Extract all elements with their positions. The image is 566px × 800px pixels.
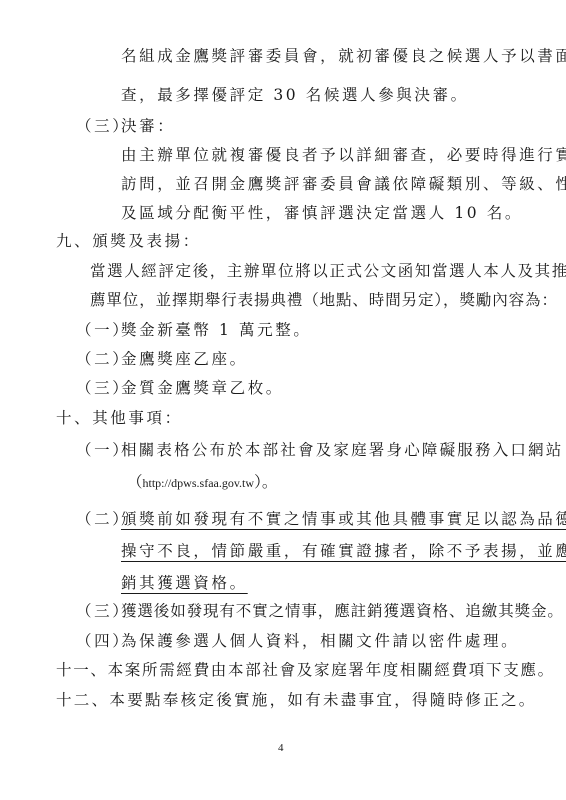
list-item: 獎金新臺幣 1 萬元整。 bbox=[121, 320, 311, 340]
underlined-line: 操守不良，情節嚴重，有確實證據者，除不予表揚，並應註 bbox=[121, 541, 566, 561]
paragraph-line: 查，最多擇優評定 30 名候選人參與決審。 bbox=[121, 85, 469, 105]
paragraph-line: 薦單位，並擇期舉行表揚典禮（地點、時間另定），獎勵內容為： bbox=[90, 290, 558, 310]
list-item: 金鷹獎座乙座。 bbox=[121, 349, 248, 369]
paren-close: ）。 bbox=[254, 473, 277, 491]
page-number: 4 bbox=[278, 742, 284, 754]
portal-url-link[interactable]: http://dpws.sfaa.gov.tw bbox=[143, 476, 255, 490]
list-item: 金質金鷹獎章乙枚。 bbox=[121, 378, 284, 398]
paragraph-line: 訪問，並召開金鷹獎評審委員會議依障礙類別、等級、性別 bbox=[121, 174, 566, 194]
paren-open: （ bbox=[127, 473, 143, 491]
list-item: 為保護參選人個人資料，相關文件請以密件處理。 bbox=[121, 631, 519, 651]
subsection-title: 決審： bbox=[121, 116, 175, 136]
paragraph-line: 當選人經評定後，主辦單位將以正式公文函知當選人本人及其推 bbox=[90, 261, 566, 281]
paragraph-line: 名組成金鷹獎評審委員會，就初審優良之候選人予以書面審 bbox=[121, 46, 566, 66]
paragraph-line: 及區域分配衡平性，審慎評選決定當選人 10 名。 bbox=[121, 203, 523, 223]
url-line: （http://dpws.sfaa.gov.tw）。 bbox=[127, 472, 277, 493]
underlined-line: 頒獎前如發現有不實之情事或其他具體事實足以認為品德 bbox=[121, 509, 566, 529]
section-heading: 十一、本案所需經費由本部社會及家庭署年度相關經費項下支應。 bbox=[56, 660, 555, 680]
section-heading: 十、其他事項： bbox=[56, 408, 183, 428]
paragraph-line: 由主辦單位就複審優良者予以詳細審查，必要時得進行實地 bbox=[121, 145, 566, 165]
section-heading: 十二、本要點奉核定後實施，如有未盡事宜，得隨時修正之。 bbox=[56, 690, 537, 710]
list-item: 獲選後如發現有不實之情事，應註銷獲選資格、追繳其獎金。 bbox=[121, 601, 564, 621]
underlined-line: 銷其獲選資格。 bbox=[121, 573, 248, 593]
list-item: 相關表格公布於本部社會及家庭署身心障礙服務入口網站 bbox=[121, 440, 564, 460]
section-heading: 九、頒獎及表揚： bbox=[56, 231, 201, 251]
